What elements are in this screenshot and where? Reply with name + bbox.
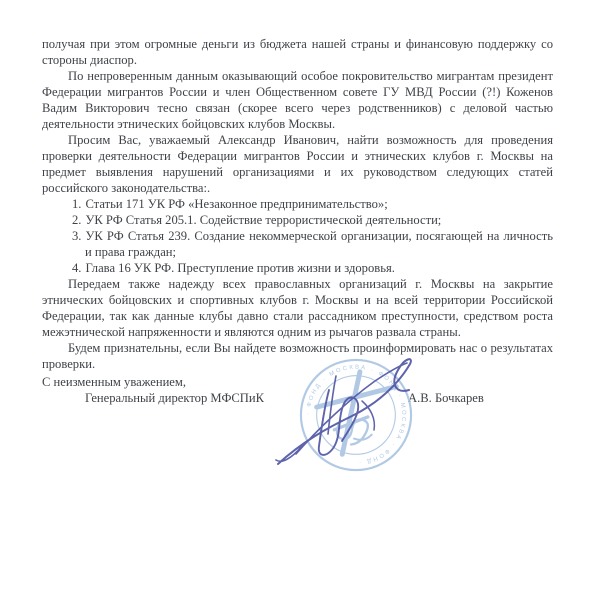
paragraph-kozhenov: По непроверенным данным оказывающий особ…	[42, 68, 553, 132]
list-item-number: 4.	[72, 261, 81, 275]
signer-title: Генеральный директор МФСПиК	[85, 391, 264, 405]
legal-articles-list: 1.Статьи 171 УК РФ «Незаконное предприни…	[42, 196, 553, 276]
paragraph-continuation: получая при этом огромные деньги из бюдж…	[42, 36, 553, 68]
list-item-number: 1.	[72, 197, 81, 211]
list-item: 3.УК РФ Статья 239. Создание некоммерчес…	[85, 228, 553, 260]
paragraph-hope: Передаем также надежду всех православных…	[42, 276, 553, 340]
list-item-text: УК РФ Статья 205.1. Содействие террорист…	[85, 213, 441, 227]
list-item-text: Глава 16 УК РФ. Преступление против жизн…	[85, 261, 394, 275]
paragraph-request: Просим Вас, уважаемый Александр Иванович…	[42, 132, 553, 196]
list-item: 1.Статьи 171 УК РФ «Незаконное предприни…	[85, 196, 553, 212]
letter-page: получая при этом огромные деньги из бюдж…	[0, 0, 595, 614]
signature-scrawl	[272, 346, 437, 476]
list-item-text: Статьи 171 УК РФ «Незаконное предпринима…	[85, 197, 387, 211]
list-item: 2.УК РФ Статья 205.1. Содействие террори…	[85, 212, 553, 228]
list-item-text: УК РФ Статья 239. Создание некоммерческо…	[85, 229, 553, 259]
list-item-number: 2.	[72, 213, 81, 227]
list-item: 4.Глава 16 УК РФ. Преступление против жи…	[85, 260, 553, 276]
list-item-number: 3.	[72, 229, 81, 243]
